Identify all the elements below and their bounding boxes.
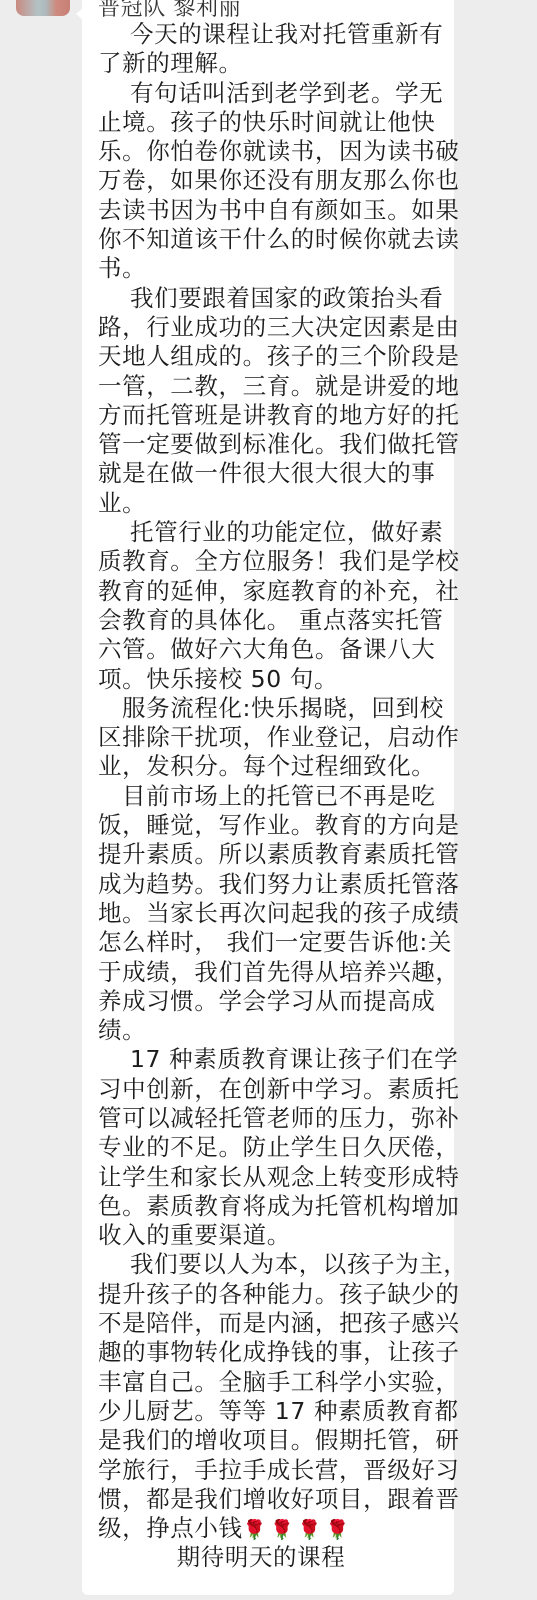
message-line: 区排除干扰项，作业登记，启动作 <box>98 723 444 752</box>
message-line: 服务流程化:快乐揭晓，回到校 <box>98 694 444 723</box>
message-line: 止境。孩子的快乐时间就让他快 <box>98 108 444 137</box>
message-line: 天地人组成的。孩子的三个阶段是 <box>98 342 444 371</box>
message-line: 教育的延伸，家庭教育的补充，社 <box>98 577 444 606</box>
message-bubble[interactable]: 普冠队 黎利丽 今天的课程让我对托管重新有 了新的理解。 有句话叫活到老学到老。… <box>82 0 454 1595</box>
message-line: 你不知道该干什么的时候你就去读 <box>98 225 444 254</box>
message-line: 17 种素质教育课让孩子们在学 <box>98 1045 444 1074</box>
message-line: 今天的课程让我对托管重新有 <box>98 20 444 49</box>
message-line: 有句话叫活到老学到老。学无 <box>98 79 444 108</box>
rose-emoji-icon: 🌹🌹🌹🌹 <box>243 1519 354 1541</box>
message-line: 养成习惯。学会学习从而提高成 <box>98 987 444 1016</box>
sender-name: 普冠队 黎利丽 <box>98 0 444 20</box>
message-line: 路，行业成功的三大决定因素是由 <box>98 313 444 342</box>
message-line: 学旅行，手拉手成长营，晋级好习 <box>98 1456 444 1485</box>
message-line: 级，挣点小钱🌹🌹🌹🌹 <box>98 1514 444 1543</box>
message-line: 一管，二教，三育。就是讲爱的地 <box>98 372 444 401</box>
message-line: 于成绩，我们首先得从培养兴趣， <box>98 958 444 987</box>
message-line: 丰富自己。全脑手工科学小实验， <box>98 1368 444 1397</box>
message-line: 目前市场上的托管已不再是吃 <box>98 782 444 811</box>
message-line: 就是在做一件很大很大很大的事 <box>98 459 444 488</box>
message-line: 地。当家长再次问起我的孩子成绩 <box>98 899 444 928</box>
message-line: 提升素质。所以素质教育素质托管 <box>98 840 444 869</box>
message-line: 业，发积分。每个过程细致化。 <box>98 752 444 781</box>
message-line: 了新的理解。 <box>98 49 444 78</box>
message-line-text: 级，挣点小钱 <box>98 1514 243 1542</box>
message-line: 管一定要做到标准化。我们做托管 <box>98 430 444 459</box>
message-line: 是我们的增收项目。假期托管，研 <box>98 1426 444 1455</box>
message-line: 色。素质教育将成为托管机构增加 <box>98 1192 444 1221</box>
message-line: 饭，睡觉，写作业。教育的方向是 <box>98 811 444 840</box>
message-line: 专业的不足。防止学生日久厌倦， <box>98 1133 444 1162</box>
message-line: 不是陪伴，而是内涵，把孩子感兴 <box>98 1309 444 1338</box>
message-line: 方而托管班是讲教育的地方好的托 <box>98 401 444 430</box>
message-line: 怎么样时， 我们一定要告诉他:关 <box>98 928 444 957</box>
message-line: 让学生和家长从观念上转变形成特 <box>98 1163 444 1192</box>
message-line: 绩。 <box>98 1016 444 1045</box>
message-line: 我们要跟着国家的政策抬头看 <box>98 284 444 313</box>
message-line: 书。 <box>98 254 444 283</box>
message-line: 收入的重要渠道。 <box>98 1221 444 1250</box>
message-line: 去读书因为书中自有颜如玉。如果 <box>98 196 444 225</box>
message-line: 成为趋势。我们努力让素质托管落 <box>98 870 444 899</box>
sender-avatar[interactable] <box>16 0 70 16</box>
message-line: 管可以减轻托管老师的压力，弥补 <box>98 1104 444 1133</box>
message-line: 项。快乐接校 50 句。 <box>98 665 444 694</box>
message-line: 乐。你怕卷你就读书，因为读书破 <box>98 137 444 166</box>
message-line: 提升孩子的各种能力。孩子缺少的 <box>98 1280 444 1309</box>
message-line: 业。 <box>98 489 444 518</box>
message-line: 会教育的具体化。 重点落实托管 <box>98 606 444 635</box>
message-line: 质教育。全方位服务！我们是学校 <box>98 547 444 576</box>
message-line: 趣的事物转化成挣钱的事，让孩子 <box>98 1338 444 1367</box>
message-line: 我们要以人为本，以孩子为主， <box>98 1250 444 1279</box>
message-line: 万卷，如果你还没有朋友那么你也 <box>98 166 444 195</box>
message-line: 习中创新，在创新中学习。素质托 <box>98 1075 444 1104</box>
closing-line: 期待明天的课程 <box>98 1543 444 1572</box>
message-line: 惯，都是我们增收好项目，跟着晋 <box>98 1485 444 1514</box>
message-line: 托管行业的功能定位，做好素 <box>98 518 444 547</box>
message-line: 六管。做好六大角色。备课八大 <box>98 635 444 664</box>
message-line: 少儿厨艺。等等 17 种素质教育都 <box>98 1397 444 1426</box>
